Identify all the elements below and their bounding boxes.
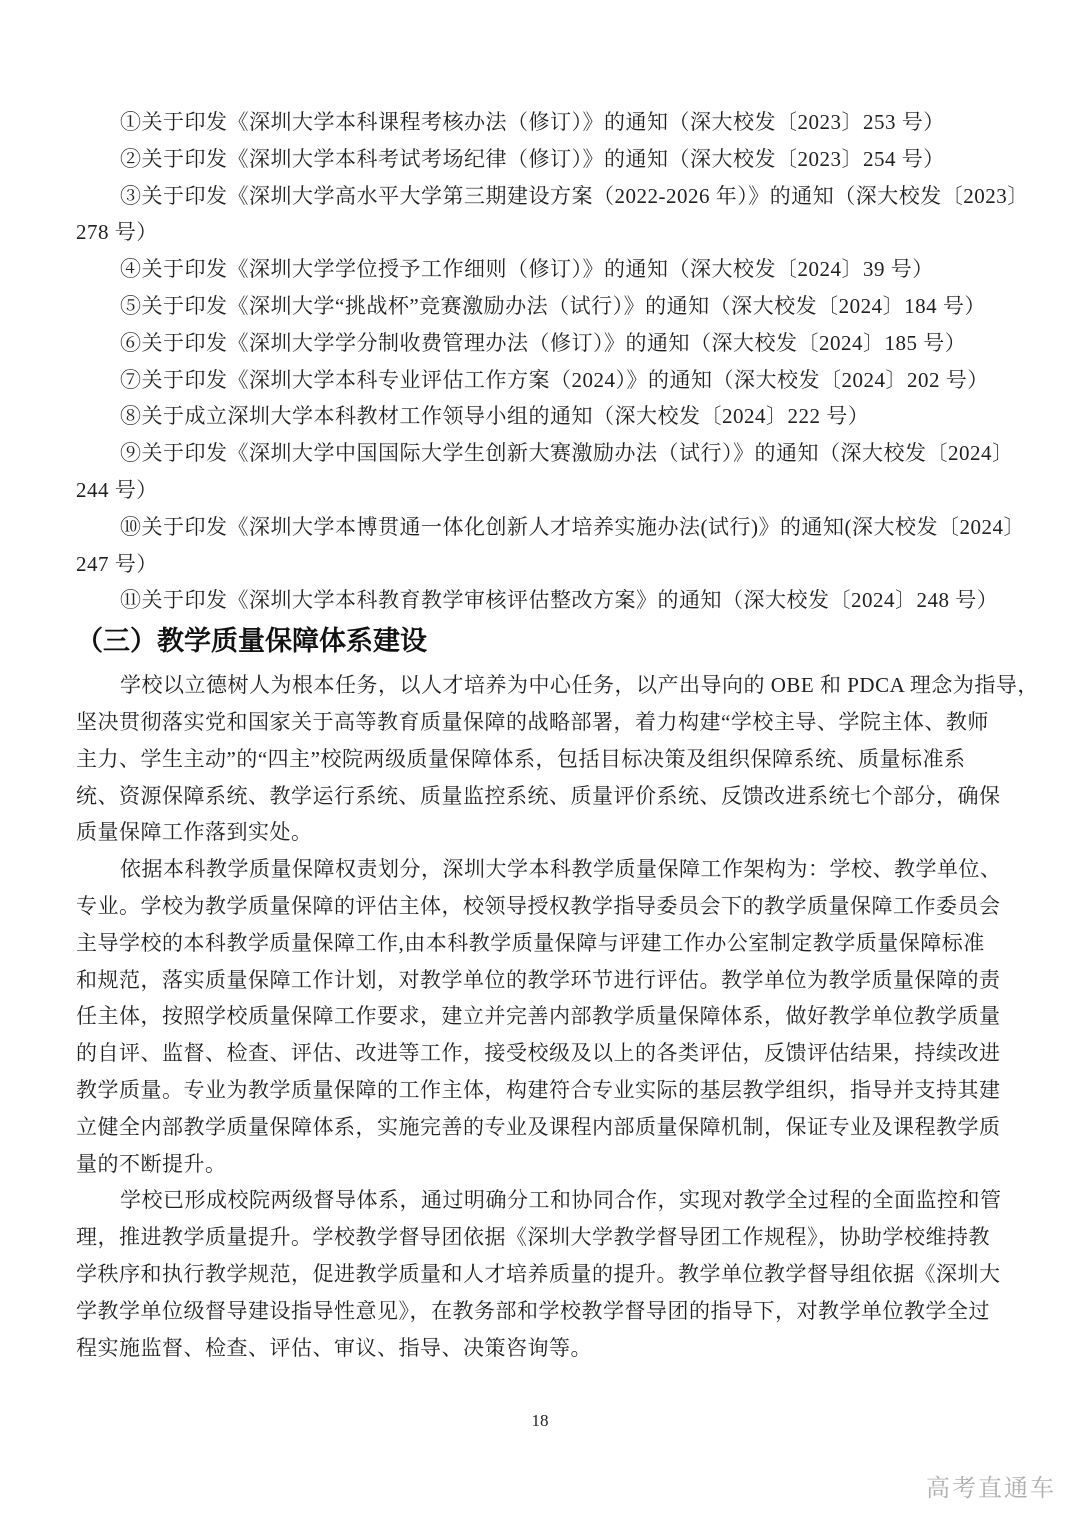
para2-line: 量的不断提升。	[76, 1146, 1012, 1183]
para2-line: 教学质量。专业为教学质量保障的工作主体，构建符合专业实际的基层教学组织，指导并支…	[76, 1072, 1012, 1109]
notice-line-10: ⑩关于印发《深圳大学本博贯通一体化创新人才培养实施办法(试行)》的通知(深大校发…	[76, 509, 1012, 546]
para2-line: 主导学校的本科教学质量保障工作,由本科教学质量保障与评建工作办公室制定教学质量保…	[76, 925, 1012, 962]
notice-line-4: ④关于印发《深圳大学学位授予工作细则（修订）》的通知（深大校发〔2024〕39 …	[76, 251, 1012, 288]
para2-line: 依据本科教学质量保障权责划分，深圳大学本科教学质量保障工作架构为：学校、教学单位…	[76, 851, 1012, 888]
para3-line: 理，推进教学质量提升。学校教学督导团依据《深圳大学教学督导团工作规程》，协助学校…	[76, 1219, 1012, 1256]
notice-line-1: ①关于印发《深圳大学本科课程考核办法（修订）》的通知（深大校发〔2023〕253…	[76, 104, 1012, 141]
para3-line: 程实施监督、检查、评估、审议、指导、决策咨询等。	[76, 1330, 1012, 1367]
notice-line-3: ③关于印发《深圳大学高水平大学第三期建设方案（2022-2026 年）》的通知（…	[76, 178, 1012, 215]
watermark-text: 高考直通车	[926, 1468, 1056, 1503]
notice-line-9: ⑨关于印发《深圳大学中国国际大学生创新大赛激励办法（试行）》的通知（深大校发〔2…	[76, 435, 1012, 472]
notice-line-6: ⑥关于印发《深圳大学学分制收费管理办法（修订）》的通知（深大校发〔2024〕18…	[76, 325, 1012, 362]
notice-line-3-cont: 278 号）	[76, 214, 1012, 251]
para2-line: 任主体，按照学校质量保障工作要求，建立并完善内部教学质量保障体系，做好教学单位教…	[76, 998, 1012, 1035]
notice-line-2: ②关于印发《深圳大学本科考试考场纪律（修订）》的通知（深大校发〔2023〕254…	[76, 141, 1012, 178]
para2-line: 和规范，落实质量保障工作计划，对教学单位的教学环节进行评估。教学单位为教学质量保…	[76, 962, 1012, 999]
para3-line: 学校已形成校院两级督导体系，通过明确分工和协同合作，实现对教学全过程的全面监控和…	[76, 1182, 1012, 1219]
page-number: 18	[0, 1411, 1080, 1431]
notice-line-10-cont: 247 号）	[76, 546, 1012, 583]
para3-line: 学教学单位级督导建设指导性意见》，在教务部和学校教学督导团的指导下，对教学单位教…	[76, 1293, 1012, 1330]
para2-line: 专业。学校为教学质量保障的评估主体，校领导授权教学指导委员会下的教学质量保障工作…	[76, 888, 1012, 925]
para1-line: 统、资源保障系统、教学运行系统、质量监控系统、质量评价系统、反馈改进系统七个部分…	[76, 778, 1012, 815]
notice-line-8: ⑧关于成立深圳大学本科教材工作领导小组的通知（深大校发〔2024〕222 号）	[76, 398, 1012, 435]
document-page: ①关于印发《深圳大学本科课程考核办法（修订）》的通知（深大校发〔2023〕253…	[0, 0, 1080, 1527]
notice-line-11: ⑪关于印发《深圳大学本科教育教学审核评估整改方案》的通知（深大校发〔2024〕2…	[76, 582, 1012, 619]
para1-line: 主力、学生主动”的“四主”校院两级质量保障体系，包括目标决策及组织保障系统、质量…	[76, 741, 1012, 778]
para3-line: 学秩序和执行教学规范，促进教学质量和人才培养质量的提升。教学单位教学督导组依据《…	[76, 1256, 1012, 1293]
para2-line: 立健全内部教学质量保障体系，实施完善的专业及课程内部质量保障机制，保证专业及课程…	[76, 1109, 1012, 1146]
para2-line: 的自评、监督、检查、评估、改进等工作，接受校级及以上的各类评估，反馈评估结果，持…	[76, 1035, 1012, 1072]
section-heading: （三）教学质量保障体系建设	[76, 621, 1012, 661]
para1-line: 学校以立德树人为根本任务，以人才培养为中心任务，以产出导向的 OBE 和 PDC…	[76, 667, 1012, 704]
notice-line-5: ⑤关于印发《深圳大学“挑战杯”竞赛激励办法（试行）》的通知（深大校发〔2024〕…	[76, 288, 1012, 325]
notice-line-9-cont: 244 号）	[76, 472, 1012, 509]
para1-line: 坚决贯彻落实党和国家关于高等教育质量保障的战略部署，着力构建“学校主导、学院主体…	[76, 704, 1012, 741]
notice-line-7: ⑦关于印发《深圳大学本科专业评估工作方案（2024）》的通知（深大校发〔2024…	[76, 362, 1012, 399]
page-content: ①关于印发《深圳大学本科课程考核办法（修订）》的通知（深大校发〔2023〕253…	[76, 104, 1012, 1366]
para1-line: 质量保障工作落到实处。	[76, 814, 1012, 851]
